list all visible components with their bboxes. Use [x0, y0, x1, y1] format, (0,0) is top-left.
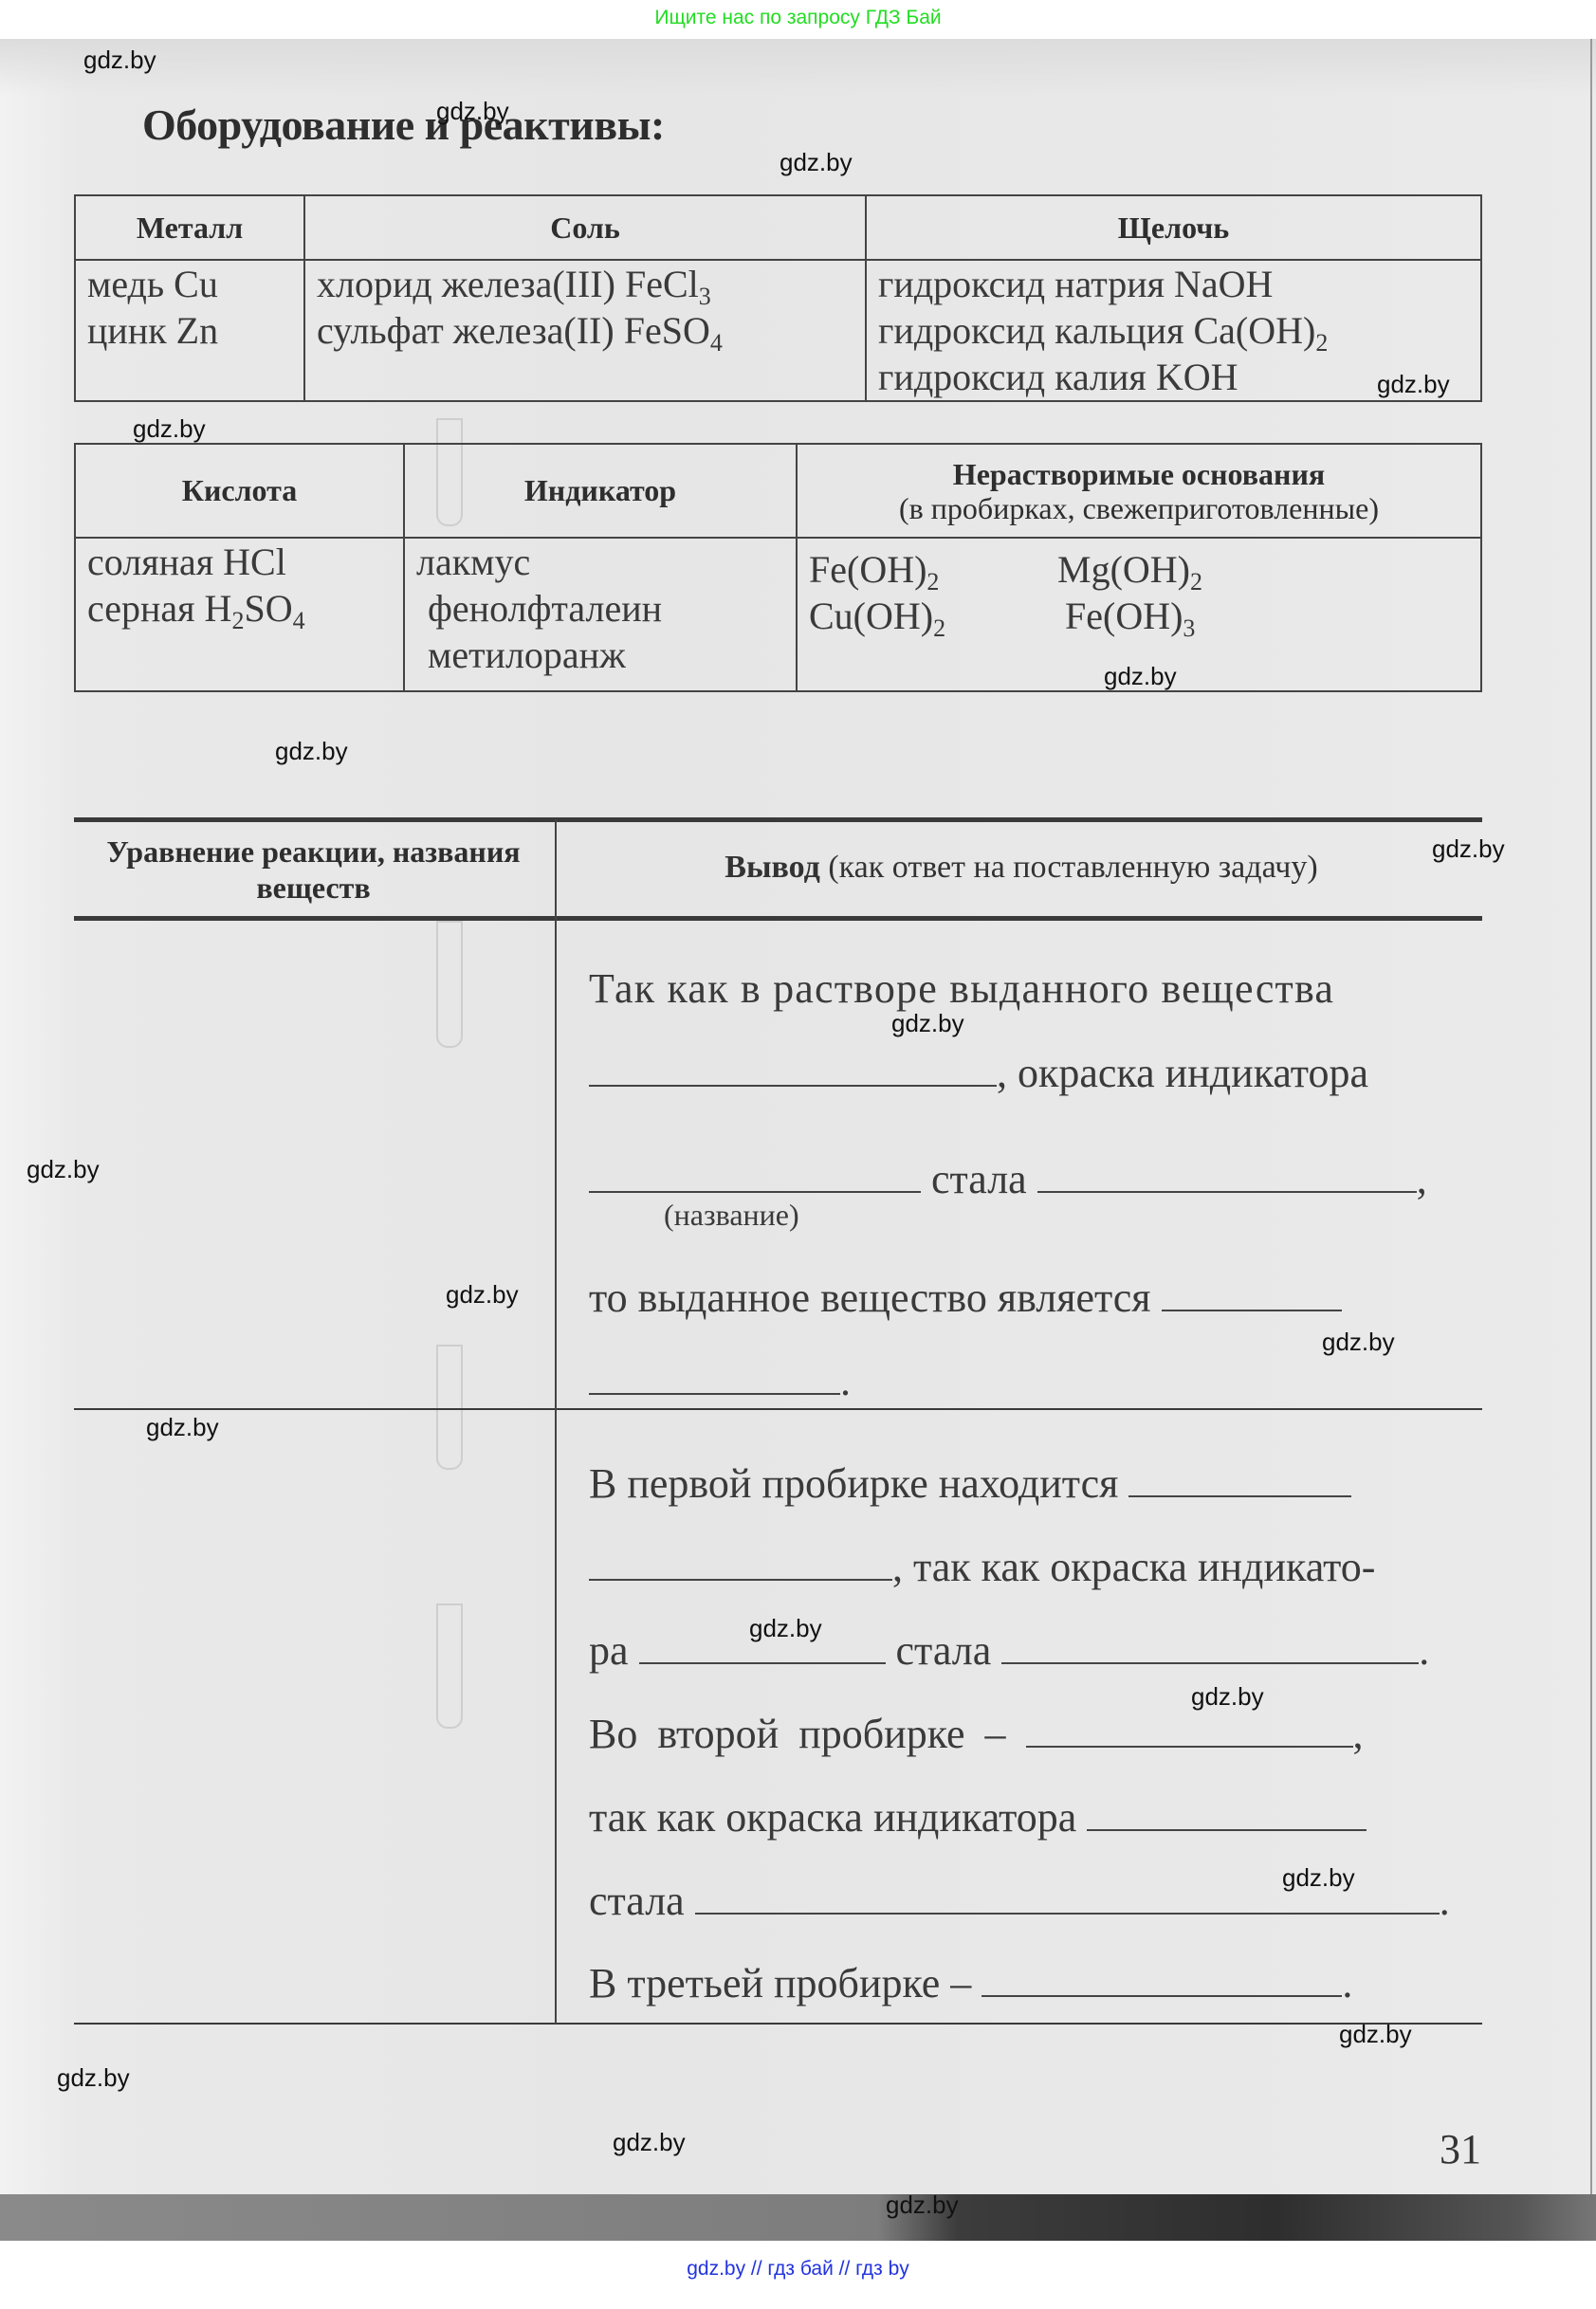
conclusion-line: Так как в растворе выданного вещества [589, 964, 1334, 1014]
answer-blank[interactable] [589, 1047, 997, 1087]
watermark: gdz.by [27, 1155, 100, 1184]
answer-blank[interactable] [589, 1153, 921, 1193]
watermark: gdz.by [1191, 1682, 1264, 1712]
answer-blank[interactable] [1026, 1708, 1353, 1748]
textbook-page: Оборудование и реактивы: Металл Соль Щел… [0, 39, 1596, 2241]
bases-subheader: (в пробирках, свежеприготовленные) [798, 492, 1480, 524]
answer-blank[interactable] [1001, 1624, 1419, 1664]
answer-blank[interactable] [1128, 1457, 1351, 1497]
watermark: gdz.by [1432, 834, 1505, 864]
conclusion-line: В первой пробирке находится [589, 1457, 1351, 1509]
header-equation: Уравнение реакции, названия веществ [74, 834, 553, 906]
indicator-item: метилоранж [416, 632, 784, 678]
column-divider [555, 819, 557, 2024]
conclusion-line: Во второй пробирке – , [589, 1708, 1364, 1759]
header-indicator: Индикатор [404, 444, 797, 538]
table-top-rule [74, 817, 1482, 822]
page-number: 31 [1440, 2125, 1481, 2173]
watermark: gdz.by [1339, 2020, 1412, 2049]
watermark: gdz.by [1377, 370, 1450, 399]
equation-cell-1[interactable] [74, 921, 553, 1408]
watermark: gdz.by [57, 2063, 130, 2093]
answer-blank[interactable] [1087, 1791, 1367, 1831]
watermark: gdz.by [1104, 662, 1177, 691]
conclusion-line: стала , [589, 1153, 1427, 1204]
watermark: gdz.by [886, 2190, 959, 2220]
acid-item: соляная HCl [87, 539, 392, 585]
table-bottom-rule [74, 2023, 1482, 2025]
answer-blank[interactable] [981, 1957, 1342, 1997]
acids-cell: соляная HCl серная H2SO4 [75, 538, 404, 691]
answer-blank[interactable] [589, 1541, 892, 1581]
base-item: Cu(OH)2 [809, 593, 1065, 639]
alkali-item: гидроксид натрия NaOH [878, 261, 1469, 307]
header-metal: Металл [75, 195, 304, 260]
salt-item: сульфат железа(II) FeSO4 [317, 307, 853, 354]
metal-item: медь Cu [87, 261, 292, 307]
indicator-item: лакмус [416, 539, 784, 585]
salts-cell: хлорид железа(III) FeCl3 сульфат железа(… [304, 260, 866, 401]
section-title: Оборудование и реактивы: [142, 100, 665, 150]
page-edge [1590, 39, 1592, 2201]
conclusion-line: . [589, 1355, 851, 1406]
base-item: Fe(OH)2 [809, 546, 1057, 593]
indicator-item: фенолфталеин [416, 585, 784, 632]
conclusion-line: то выданное вещество является [589, 1272, 1342, 1323]
conclusion-line: В третьей пробирке – . [589, 1957, 1352, 2008]
header-conclusion: Вывод (как ответ на поставленную задачу) [557, 850, 1486, 886]
watermark: gdz.by [1282, 1863, 1355, 1893]
answer-blank[interactable] [1162, 1272, 1342, 1311]
watermark: gdz.by [436, 97, 509, 126]
header-salt: Соль [304, 195, 866, 260]
acid-item: серная H2SO4 [87, 585, 392, 632]
conclusion-line: так как окраска индикатора [589, 1791, 1367, 1842]
equation-cell-2[interactable] [74, 1410, 553, 2023]
conclusion-line: , так как окраска индикато- [589, 1541, 1375, 1592]
watermark: gdz.by [749, 1614, 822, 1643]
watermark: gdz.by [891, 1009, 964, 1038]
answer-blank[interactable] [589, 1355, 840, 1395]
conclusion-line: ра стала . [589, 1624, 1429, 1676]
base-item: Fe(OH)3 [1065, 593, 1195, 639]
alkali-item: гидроксид кальция Ca(OH)2 [878, 307, 1469, 354]
header-acid: Кислота [75, 444, 404, 538]
metals-cell: медь Cu цинк Zn [75, 260, 304, 401]
watermark: gdz.by [83, 46, 156, 75]
watermark: gdz.by [780, 148, 853, 177]
blank-caption: (название) [664, 1198, 799, 1233]
header-alkali: Щелочь [866, 195, 1481, 260]
watermark: gdz.by [133, 414, 206, 444]
watermark: gdz.by [613, 2128, 686, 2157]
header-bases: Нерастворимые основания (в пробирках, св… [797, 444, 1481, 538]
conclusion-line: , окраска индикатора [589, 1047, 1368, 1098]
watermark: gdz.by [146, 1413, 219, 1442]
answer-blank[interactable] [1037, 1153, 1417, 1193]
watermark: gdz.by [1322, 1328, 1395, 1357]
salt-item: хлорид железа(III) FeCl3 [317, 261, 853, 307]
reagents-table: Кислота Индикатор Нерастворимые основани… [74, 443, 1482, 692]
watermark: gdz.by [446, 1280, 519, 1310]
metal-item: цинк Zn [87, 307, 292, 354]
indicators-cell: лакмус фенолфталеин метилоранж [404, 538, 797, 691]
watermark: gdz.by [275, 737, 348, 766]
equipment-table: Металл Соль Щелочь медь Cu цинк Zn хлори… [74, 194, 1482, 402]
page-bottom-shadow [0, 2194, 1596, 2241]
bottom-banner[interactable]: gdz.by // гдз бай // гдз by [0, 2241, 1596, 2309]
base-item: Mg(OH)2 [1057, 546, 1202, 593]
top-banner[interactable]: Ищите нас по запросу ГДЗ Бай [0, 0, 1596, 38]
